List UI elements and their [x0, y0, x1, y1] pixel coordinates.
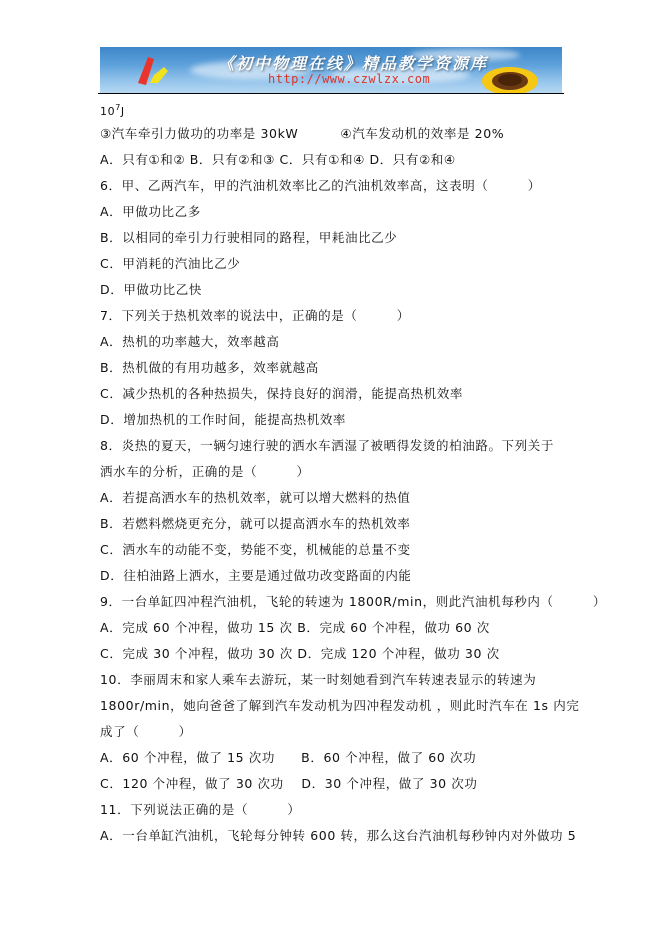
q6-option-c: C．甲消耗的汽油比乙少: [100, 256, 240, 272]
q10-options-row1: A．60 个冲程，做了 15 次功 B．60 个冲程，做了 60 次功: [100, 750, 476, 766]
sunflower-icon: [480, 59, 540, 93]
q6-stem: 6．甲、乙两汽车，甲的汽油机效率比乙的汽油机效率高，这表明（ ）: [100, 178, 541, 194]
q7-stem: 7．下列关于热机效率的说法中，正确的是（ ）: [100, 308, 410, 324]
q5-option-b: B．只有②和③: [190, 152, 275, 167]
q5-option-a: A．只有①和②: [100, 152, 185, 167]
q6-option-b: B．以相同的牵引力行驶相同的路程，甲耗油比乙少: [100, 230, 397, 246]
q6-option-a: A．甲做功比乙多: [100, 204, 201, 220]
czwlzx-logo-icon: [134, 55, 174, 89]
q8-option-c: C．洒水车的动能不变，势能不变，机械能的总量不变: [100, 542, 411, 558]
q7-option-a: A．热机的功率越大，效率越高: [100, 334, 279, 350]
q7-option-c: C．减少热机的各种热损失，保持良好的润滑，能提高热机效率: [100, 386, 463, 402]
q9-options-row1: A．完成 60 个冲程，做功 15 次 B．完成 60 个冲程，做功 60 次: [100, 620, 490, 636]
q5-option-d: D．只有②和④: [369, 152, 455, 167]
q8-stem-line2: 洒水车的分析，正确的是（ ）: [100, 464, 310, 480]
q8-option-d: D．往柏油路上洒水，主要是通过做功改变路面的内能: [100, 568, 412, 584]
q9-stem: 9．一台单缸四冲程汽油机，飞轮的转速为 1800R/min，则此汽油机每秒内（ …: [100, 594, 606, 610]
q10-stem-line1: 10．李丽周末和家人乘车去游玩，某一时刻她看到汽车转速表显示的转速为: [100, 672, 536, 688]
q5-options: A．只有①和② B．只有②和③ C．只有①和④ D．只有②和④: [100, 152, 456, 168]
q11-option-a: A．一台单缸汽油机，飞轮每分钟转 600 转，那么这台汽油机每秒钟内对外做功 5: [100, 828, 576, 844]
q7-option-d: D．增加热机的工作时间，能提高热机效率: [100, 412, 346, 428]
q5-option-c: C．只有①和④: [280, 152, 365, 167]
banner-title: 《初中物理在线》精品教学资源库: [218, 51, 488, 74]
q5-item-3: ③汽车牵引力做功的功率是 30kW: [100, 126, 298, 141]
banner-url: http://www.czwlzx.com: [268, 72, 430, 86]
q11-stem: 11．下列说法正确的是（ ）: [100, 802, 301, 818]
q10-options-row2: C．120 个冲程，做了 30 次功 D．30 个冲程，做了 30 次功: [100, 776, 477, 792]
q7-option-b: B．热机做的有用功越多，效率就越高: [100, 360, 319, 376]
q8-stem-line1: 8．炎热的夏天，一辆匀速行驶的洒水车洒湿了被晒得发烫的柏油路。下列关于: [100, 438, 554, 454]
q8-option-b: B．若燃料燃烧更充分，就可以提高洒水车的热机效率: [100, 516, 410, 532]
header-banner: 《初中物理在线》精品教学资源库 http://www.czwlzx.com: [100, 47, 562, 93]
q8-option-a: A．若提高洒水车的热机效率，就可以增大燃料的热值: [100, 490, 410, 506]
q5-statements: ③汽车牵引力做功的功率是 30kW④汽车发动机的效率是 20%: [100, 126, 504, 142]
q6-option-d: D．甲做功比乙快: [100, 282, 202, 298]
header-divider: [98, 93, 564, 94]
continuation-value: 107J: [100, 100, 125, 120]
q10-stem-line2: 1800r/min，她向爸爸了解到汽车发动机为四冲程发动机 ，则此时汽车在 1s…: [100, 698, 579, 714]
q5-item-4: ④汽车发动机的效率是 20%: [340, 126, 504, 141]
q9-options-row2: C．完成 30 个冲程，做功 30 次 D．完成 120 个冲程，做功 30 次: [100, 646, 500, 662]
q10-stem-line3: 成了（ ）: [100, 724, 192, 740]
